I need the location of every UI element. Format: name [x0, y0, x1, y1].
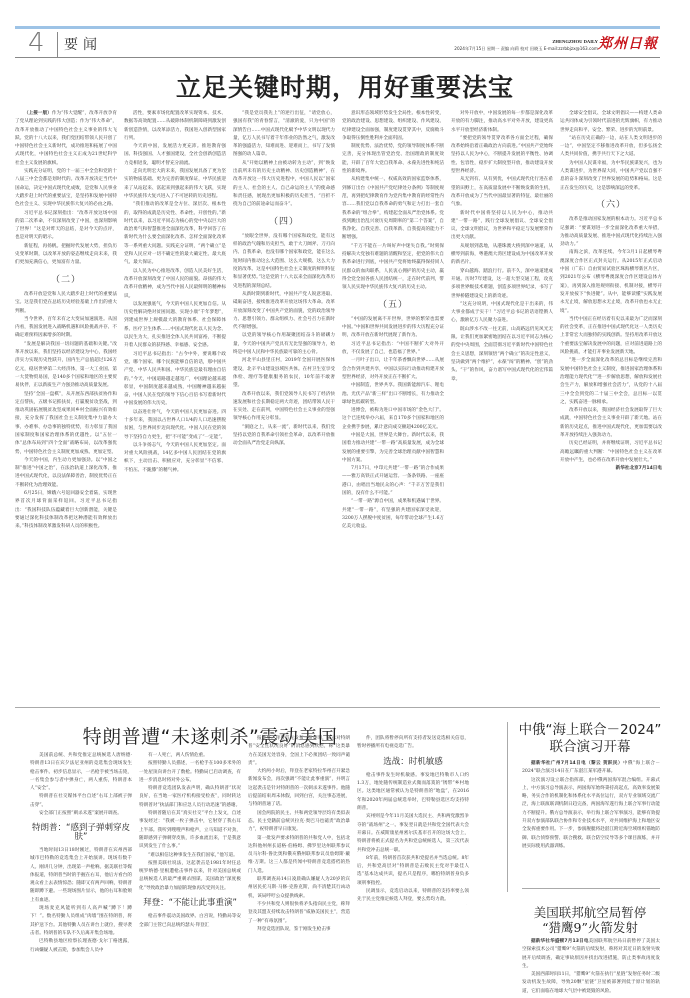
date-line: 2024年7月15日 星期一 责编 向莉 校对 田晓玉 E-mail:zzrbb… — [454, 46, 598, 52]
paragraph-text: 7月17日，中印元共建“一带一路”的合作成果——雅万高铁正式开通运营。一条条铁路… — [342, 466, 444, 496]
paragraph: 进博会，被称为进口中国市场的“金色大门”。这个已连续举办六届，来自170多个国家… — [342, 407, 444, 432]
paragraph: 国会两院的民主、共和两党领导层均有类似表态。民主党籍前总统贝拉克·奥巴马也谴责“… — [248, 810, 350, 835]
paragraph-text: 习近平总书记指出：“古今中外，要说哪个政党、哪个国家、哪个民族能够自信的话，那中… — [124, 352, 226, 407]
paragraph: 为中国人民谋幸福，为中华民族谋复兴，也为人类谋进步，为世界谋大同，中国共产党以自… — [560, 160, 662, 193]
article-column: 全球安全倡议、全球文明倡议——构建人类命运共同体成为引领时代前进的光辉旗帜，有力… — [560, 110, 662, 693]
paragraph-text: 从无到有、从有到优，中国式现代化行进在希望的田野上，在高质量发展中不断焕发新的生… — [451, 177, 553, 207]
paragraph: 当地时间13日18时刚过，特朗普在宾州西部城市巴特勒的竞选集会上开始演讲。现场有… — [30, 847, 132, 905]
paragraph-text: 以奋进壮骨气，今天的中国人民更加奋进。四十多年来，我国以占世界人口1/4的人口迅… — [124, 410, 226, 440]
paragraph-text: 活性，要素市场化配置改革实现资本、技术、数据等高效配置……从破除体制机制障碍到激… — [124, 111, 226, 141]
paragraph: 美国西部时间11日，“猎鹰9”火箭在执行“星链”发射任务时二级发动机发生故障，导… — [522, 971, 660, 994]
paragraph: “我是党员我先上”的逆行出征，“请党放心，强国有我”的青春誓言，“清澈的爱，只为… — [233, 110, 335, 160]
paragraph-text: “洞庭之上，从来一流”，新时代以来，我们党坚持以党的自我革命引领社会革命，以改革… — [233, 425, 335, 447]
paragraph-text: 6月25日，嫦娥六号返回器安全着陆，实现世界首次月球背面采样返回。习近平总书记指… — [15, 491, 117, 529]
paragraph: 不少共和党人则很快将矛头指向民主党，称拜登及其盟友持续攻击特朗普“威胁美国民主”… — [248, 901, 350, 926]
paragraph-text: 改革是推动国家发展的根本动力。习近平总书记强调：“要谋划进一步全面深化改革重大举… — [560, 217, 662, 247]
paragraph: 今天的中国，发展活力更充沛。推进教育强国、科技强国、人才强国建设，全社会创新创造… — [124, 143, 226, 168]
paragraph: 从规划到落地，从港珠澳大桥到深中通道，从横琴到前海，粤港澳大湾区建设成为中国改革… — [451, 243, 553, 268]
paragraph-text: “发展是解决我国一切问题的基础和关键。”改革开放以来，我们坚持以经济建设为中心，… — [15, 342, 117, 388]
paragraph-text: 以发展强底气，今天的中国人民更加自信。从历史性解决绝对贫困问题、实现小康“千年梦… — [124, 302, 226, 348]
paragraph-text: 习近平总书记深刻指出：“改革开放这场中国的第二次革命，不仅深刻改变了中国，也深刻… — [15, 211, 117, 241]
paragraph-text: 中国制造，世界共享。我国新能源汽车、锂电池、光伏产品“新三样”出口不断增长，有力… — [342, 383, 444, 405]
byline: 新华社北京7月14日电 — [560, 465, 662, 473]
paragraph: “洞庭之上，从来一流”，新时代以来，我们党坚持以党的自我革命引领社会革命，以改革… — [233, 424, 335, 449]
sino-russia-headline-line2: 联合演习开幕 — [514, 739, 666, 756]
article-column: 美国前总统、共和党推定总统候选人唐纳德·特朗普13日在宾夕法尼亚州的竞选集会现场… — [30, 752, 132, 996]
paragraph: 从“开始以精神上由被动转为主动”，到“焕发出前所未有的历史主动精神、历史创造精神… — [233, 160, 335, 210]
paragraph: “站在历史正确的一边，站在人类文明进步的一边”，中国坚定不移推进改革开放，但多弘… — [560, 135, 662, 160]
paragraph-text: 南海之滨，改革连续。今年3月1日起横琴粤澳深度合作区正式封关运行。从2015年正… — [560, 250, 662, 313]
paragraph-text: 对外开放中，中国发展的每一步都是深化改革开放的有力脚注，推动高水平对外开放，建设… — [451, 111, 553, 133]
paragraph: 实践充分证明，党的十一届三中全会和党的十八届三中全会都是划时代的。改革开放决定当… — [15, 168, 117, 209]
paragraph: 中国制造，世界共享。我国新能源汽车、锂电池、光伏产品“新三样”出口不断增长，有力… — [342, 382, 444, 407]
section-heading: （二） — [15, 276, 117, 284]
paragraph: 从构建集中统一、权威高效的国家监察体系，到修订出台《中国共产党纪律处分条例》等制… — [342, 176, 444, 242]
subheading: 拜登：“不能让此事重演” — [139, 899, 241, 907]
paragraph-text: “这充分说明，中国式现代化是干出来的，伟大事业都成于实干！”习近平总书记的话语铿… — [451, 302, 553, 324]
paragraph: 意识形态领域形势发生全局性、根本性转变，党的政治建设、思想建设、组织建设、作风建… — [342, 110, 444, 143]
paragraph-text: “千万不能在一片叫好声中迷失自我。”时刻保持解决大党独有难题的清醒和坚定，把党的… — [342, 244, 444, 290]
paragraph: “这充分说明，中国式现代化是干出来的，伟大事业都成于实干！”习近平总书记的话语铿… — [451, 301, 553, 326]
paragraph-text: “进一步全面深化改革的总目标是继续完善和发展中国特色社会主义制度，推进国家治理体… — [560, 358, 662, 404]
header-divider — [57, 32, 58, 58]
paragraph-text: 习近平总书记指出：“中国不断扩大对外开放，不仅发展了自己，也造福了世界。” — [342, 342, 444, 355]
column-divider — [507, 722, 508, 892]
paragraph: 以党的领导核心作用凝聚团结奋斗的磅礴力量，今天的中国共产党具有无比坚强的领导力，… — [233, 332, 335, 357]
article-column: 活性，要素市场化配置改革实现资本、技术、数据等高效配置……从破除体制机制障碍到激… — [124, 110, 226, 693]
paragraph: 当今世界，百年未有之大变局加速演进。从国内看，我国发展进入战略机遇和风险挑战并存… — [15, 316, 117, 341]
paragraph: 从无到有、从有到优，中国式现代化行进在希望的田野上，在高质量发展中不断焕发新的生… — [451, 176, 553, 209]
page-number: 4 — [28, 29, 45, 58]
paragraph-text: 当今世界，百年未有之大变局加速演进。从国内看，我国发展进入战略机遇和风险挑战并存… — [15, 317, 117, 339]
paragraph: 特朗普在社交媒体平台自述“右耳上部被子弹击穿”。 — [30, 793, 132, 810]
paragraph: 巴特勒县地区检察长理查德·戈尔丁格透露，行凶嫌疑人被击毙，参加集会人员中 — [30, 938, 132, 955]
paragraph: 这次演习设立联合指挥部，由中俄两国海军混合编组。开幕式上，中方演习总导演表示，两… — [522, 777, 660, 852]
paragraph: “中国的发展离不开世界，世界的繁荣也需要中国。”中国和世界共同发展进步的伟大历程… — [342, 316, 444, 341]
paragraph-text: 从规划到落地，从港珠澳大桥到深中通道，从横琴到前海，粤港澳大湾区建设成为中国改革… — [451, 244, 553, 266]
paragraph: 对外开放中，中国发展的每一步都是深化改革开放的有力脚注，推动高水平对外开放，建设… — [451, 110, 553, 135]
article-column: “我是党员我先上”的逆行出征，“请党放心，强国有我”的青春誓言，“清澈的爱，只为… — [233, 110, 335, 693]
paragraph: 特朗普随后在其“真实社交”平台上发文，自述事发经过：“我被一枚子弹击中，它射穿了… — [139, 810, 241, 851]
sidebar-divider — [522, 888, 660, 889]
paragraph-text: 河北平山县里庄村，2019年全国开展医保体建设，北辛平山建设县域医共体。在村卫生… — [233, 358, 335, 388]
paragraph: 活性，要素市场化配置改革实现资本、技术、数据等高效配置……从破除体制机制障碍到激… — [124, 110, 226, 143]
paragraph-text: 走向光明宏大的未来，我国发展具备了更为坚实的物质基础、更为完善的制度保证，中华民… — [124, 169, 226, 199]
paragraph: 以斗争扬志气，今天的中国人民更加坚定。面对重大风险挑战，14亿多中国人民团结在党… — [124, 442, 226, 475]
paragraph: 以发展强底气，今天的中国人民更加自信。从历史性解决绝对贫困问题、实现小康“千年梦… — [124, 301, 226, 351]
paragraph: 走向光明宏大的未来，我国发展具备了更为坚实的物质基础、更为完善的制度保证，中华民… — [124, 168, 226, 201]
paragraph-text: 全球安全倡议、全球文明倡议——构建人类命运共同体成为引领时代前进的光辉旗帜，有力… — [560, 111, 662, 133]
paragraph: 8年前，特朗普首次获共和党提名并当选总统。8年后，共和党高层对“特朗普是击败民主… — [357, 855, 469, 888]
paragraph: 件，团队将暂停向所有支持者发送竞选相关信息，暂时停播所有电视竞选广告。 — [357, 735, 469, 752]
paragraph: 大约两小时后，拜登在老家特拉华州召开紧急新闻发布会，再次强调“不能让此事重演”，… — [248, 768, 350, 809]
paragraph: “要把党的领导贯穿改革各方面全过程，确保改革始终沿着正确政治方向前进。”中国共产… — [451, 135, 553, 176]
section-heading: （五） — [342, 301, 444, 309]
paragraph: （上接一版）作为“伟大觉醒”，改革开放孕育了党从理论到实践的伟大创造；作为“伟大… — [15, 110, 117, 168]
paragraph: 全球安全倡议、全球文明倡议——构建人类命运共同体成为引领时代前进的光辉旗帜，有力… — [560, 110, 662, 135]
paragraph: 改革开放以来，我们党领导人民书写了经济快速发展和社会长期稳定两大奇迹，团结带领人… — [233, 391, 335, 424]
paragraph: 改革是推动国家发展的根本动力。习近平总书记强调：“要谋划进一步全面深化改革重大举… — [560, 216, 662, 249]
paragraph: 当代中国正在经历着有史以来最为广泛而深刻的社会变革，正在推进中国式现代化这一人类… — [560, 316, 662, 357]
paragraph-text: 中国是大国，世界是大舞台。新时代以来，我国着力推动共建“一带一路”高质量发展，成… — [342, 433, 444, 463]
paragraph-text: “一带一路”源自中国，成果和机遇属于世界。共建“一带一路”，有坚强的共建国家深受… — [342, 499, 444, 529]
article-column: 报此事。拜登首先发布一份声明，表示对特朗普“安全且状况良好”的消息感到欣慰，称“… — [248, 735, 350, 996]
paragraph: 民调显示，竞选启动以来，特朗普的支持率要么领先于民主党推定候选人拜登，要么势均力… — [357, 888, 469, 905]
sino-russia-body: 据新华社广州7月14日电（黎云 贺跃民）中俄“海上联合－2024”联合演习14日… — [522, 760, 660, 880]
paragraph: 制度优势、法治优势，党的领导制度体系不断完善，充分体现出管党治党、治国理政的制度… — [342, 143, 444, 176]
paragraph-text: 实践充分证明，党的十一届三中全会和党的十八届三中全会都是划时代的。改革开放决定当… — [15, 169, 117, 207]
paragraph-text: 从构建集中统一、权威高效的国家监察体系，到修订出台《中国共产党纪律处分条例》等制… — [342, 177, 444, 240]
paragraph: “发展是解决我国一切问题的基础和关键。”改革开放以来，我们坚持以经济建设为中心，… — [15, 341, 117, 391]
paragraph: “放眼全世界，没有哪个国家和政党，能有这样的政治气魄和历史担当，敢于大刀阔斧、刀… — [233, 233, 335, 291]
paragraph: “难以相信这种事发生在我们国家，”他写道。 — [139, 852, 241, 860]
paragraph-text: 改革开放以来，我国经济社会发展取得了巨大成就，中国特色社会主义事业开辟了新天地。… — [560, 408, 662, 438]
paragraph: 穿山越海、踏浪行行。前不久，深中通道建成开通。历时7年建设，这一超大型交通工程，… — [451, 268, 553, 301]
paragraph: “我们推动的改革是全方位、深层次、根本性的，取得的成就是历史性、革命性、开创性的… — [124, 201, 226, 267]
paragraph-text: 既山涉水不改一往无前，山高路远仍见风光无限。让我们更加紧密地团结在以习近平同志为… — [451, 327, 553, 382]
article-column: 件，团队将暂停向所有支持者发送竞选相关信息，暂时停播所有电视竞选广告。选战：时机… — [357, 735, 469, 905]
paragraph: 第一批发声要求特朗普的共和党人中，包括北达科他州州长道格·伯格姆、佛罗里达州联邦… — [248, 835, 350, 876]
paragraph-text: 以党的领导核心作用凝聚团结奋斗的磅礴力量，今天的中国共产党具有无比坚强的领导力，… — [233, 333, 335, 355]
section-heading: （六） — [560, 201, 662, 209]
paragraph: 按照特勤人员描述，一名枪手在100多米外的一处屋顶向讲台开了数枪。特勤局已启动调… — [139, 760, 241, 785]
subheading: 选战：时机敏感 — [357, 758, 469, 766]
paper-name-en: ZHENGZHOU DAILY — [552, 39, 598, 44]
paragraph: 6月25日，嫦娥六号返回器安全着陆，实现世界首次月球背面采样返回。习近平总书记指… — [15, 490, 117, 531]
paragraph: 报此事。拜登首先发布一份声明，表示对特朗普“安全且状况良好”的消息感到欣慰，称“… — [248, 735, 350, 768]
paragraph: “进一步全面深化改革的总目标是继续完善和发展中国特色社会主义制度，推进国家治理体… — [560, 357, 662, 407]
falcon-body: 据新华社华盛顿7月13日电美国联邦航空局日前暂停了美国太空探索技术公司“猎鹰9”… — [522, 938, 660, 994]
main-headline: 立足关键时期，用好重要法宝 — [0, 68, 690, 104]
paragraph: 南海之滨，改革连续。今年3月1日起横琴粤澳深度合作区正式封关运行。从2015年正… — [560, 249, 662, 315]
sino-russia-headline: 中俄“海上联合－2024” 联合演习开幕 — [514, 722, 666, 756]
paragraph-text: 新征程，再扬帆。把握时代发展大势，担负历史变革时期，以改革开放的姿态继续走向未来… — [15, 244, 117, 266]
paragraph: 今天的中国，内生动力更加强劲。以“中国之制”推进“中国之治”，在法治轨道上深化改… — [15, 457, 117, 490]
paragraph: 宾州则是今年11月美国大选民主、共和两党激烈争夺的“战场州”之一。事发翌日就是共… — [357, 813, 469, 854]
falcon-headline-line1: 美国联邦航空局暂停 — [514, 905, 666, 920]
paragraph: 枪击事件发生时机敏感。事发地巴特勒市人口约1.3万，地处随传统制造业式微而落寞的… — [357, 772, 469, 813]
paragraph-text: 作为“伟大觉醒”，改革开放孕育了党从理论到实践的伟大创造；作为“伟大革命”，改革… — [15, 111, 117, 166]
paragraph-text: 从“开始以精神上由被动转为主动”，到“焕发出前所未有的历史主动精神、历史创造精神… — [233, 161, 335, 207]
paragraph: 7月17日，中印元共建“一带一路”的合作成果——雅万高铁正式开通运营。一条条铁路… — [342, 465, 444, 498]
paragraph: 以人民为中心推进改革，创造人民美好生活，改革开放深刻改变了中国人民的面貌。昂扬的… — [124, 268, 226, 301]
paragraph: 拜登竞选团队说，鉴于刚发生枪击事 — [248, 926, 350, 934]
paragraph-text: 坚持“全国一盘棋”，从开展东西部扶贫协作和定点帮扶，五级书记抓扶贫，打赢脱贫攻坚… — [15, 392, 117, 455]
paragraph: 联邦调查局14日凌晨确认嫌疑人为20岁的宾州居民托马斯·马修·克鲁克斯，尚不清楚… — [248, 876, 350, 901]
article-column: 意识形态领域形势发生全局性、根本性转变，党的政治建设、思想建设、组织建设、作风建… — [342, 110, 444, 693]
paragraph: 现场麦克风能听到有人高声喊“蹲下！蹲下！”。数名特勤人员组成“肉墙”围在特朗普，… — [30, 905, 132, 938]
paragraph: 一月叶子出口，让千年茶香飘向世界……从展会合作到共建共享，中国以实际行动推动构建… — [342, 357, 444, 382]
article-column: （上接一版）作为“伟大觉醒”，改革开放孕育了党从理论到实践的伟大创造；作为“伟大… — [15, 110, 117, 693]
paragraph: 坚持“全国一盘棋”，从开展东西部扶贫协作和定点帮扶，五级书记抓扶贫，打赢脱贫攻坚… — [15, 391, 117, 457]
paragraph-text: 制度优势、法治优势，党的领导制度体系不断完善，充分体现出管党治党、治国理政的制度… — [342, 144, 444, 174]
section-divider — [15, 707, 660, 708]
paragraph-text: “要把党的领导贯穿改革各方面全过程，确保改革始终沿着正确政治方向前进。”中国共产… — [451, 136, 553, 174]
paragraph-text: 以人民为中心推进改革，创造人民美好生活，改革开放深刻改变了中国人民的面貌。昂扬的… — [124, 269, 226, 299]
paragraph-text: 意识形态领域形势发生全局性、根本性转变，党的政治建设、思想建设、组织建设、作风建… — [342, 111, 444, 141]
paragraph: 枪击事件震动美国政界。白宫说，特勤局等安全部门主管已向总统约瑟夫·拜登汇 — [139, 913, 241, 930]
paragraph-text: 今天的中国，发展活力更充沛。推进教育强国、科技强国、人才强国建设，全社会创新创造… — [124, 144, 226, 166]
paragraph: 习近平总书记指出：“中国不断扩大对外开放，不仅发展了自己，也造福了世界。” — [342, 341, 444, 358]
section-heading: （四） — [233, 218, 335, 226]
paragraph: 改革开放是党和人民大踏步赶上时代的重要法宝。这是我们党在总结历史经验基础上作出的… — [15, 291, 117, 316]
subheading: 特朗普：“感到子弹刺穿皮肤” — [30, 824, 132, 841]
paragraph-text: “站在历史正确的一边，站在人类文明进步的一边”，中国坚定不移推进改革开放，但多弘… — [560, 136, 662, 158]
paragraph: 从新时期到新时代，中国共产党人锐意进取、砥砺奋进，接续推进改革开放这场伟大革命。… — [233, 291, 335, 332]
paragraph: “千万不能在一片叫好声中迷失自我。”时刻保持解决大党独有难题的清醒和坚定，把党的… — [342, 243, 444, 293]
paragraph: 美国前总统、共和党推定总统候选人唐纳德·特朗普13日在宾夕法尼亚州的竞选集会现场… — [30, 752, 132, 793]
paragraph: 有一人死亡，两人伤情危重。 — [139, 752, 241, 760]
paragraph: 新征程，再扬帆。把握时代发展大势，担负历史变革时期，以改革开放的姿态继续走向未来… — [15, 243, 117, 268]
paragraph: “一带一路”源自中国，成果和机遇属于世界。共建“一带一路”，有坚强的共建国家深受… — [342, 498, 444, 531]
paragraph: 以奋进壮骨气，今天的中国人民更加奋进。四十多年来，我国以占世界人口1/4的人口迅… — [124, 409, 226, 442]
paragraph-text: 从新时期到新时代，中国共产党人锐意进取、砥砺奋进，接续推进改革开放这场伟大革命。… — [233, 292, 335, 330]
main-article-body: （上接一版）作为“伟大觉醒”，改革开放孕育了党从理论到实践的伟大创造；作为“伟大… — [15, 110, 660, 693]
paragraph: 中国是大国，世界是大舞台。新时代以来，我国着力推动共建“一带一路”高质量发展，成… — [342, 432, 444, 465]
paragraph: 特朗普竞选团队发表声明，确认特朗普“状况良好，在当地一家医疗机构接受检查”，同时… — [139, 785, 241, 810]
paragraph: 既山涉水不改一往无前，山高路远仍见风光无限。让我们更加紧密地团结在以习近平同志为… — [451, 326, 553, 384]
dateline: 据新华社广州7月14日电（黎云 贺跃民） — [531, 761, 623, 766]
paragraph: 习近平总书记指出：“古今中外，要说哪个政党、哪个国家、哪个民族能够自信的话，那中… — [124, 351, 226, 409]
paragraph-text: “中国的发展离不开世界，世界的繁荣也需要中国。”中国和世界共同发展进步的伟大历程… — [342, 317, 444, 339]
paragraph-text: “我们推动的改革是全方位、深层次、根本性的，取得的成就是历史性、革命性、开创性的… — [124, 202, 226, 265]
continued-from-label: （上接一版） — [24, 111, 52, 116]
paragraph-text: 改革开放是党和人民大踏步赶上时代的重要法宝。这是我们党在总结历史经验基础上作出的… — [15, 292, 117, 314]
paragraph-text: 穿山越海、踏浪行行。前不久，深中通道建成开通。历时7年建设，这一超大型交通工程，… — [451, 269, 553, 299]
dateline: 据新华社华盛顿7月13日电 — [531, 939, 589, 944]
page-header: 4 要闻 ZHENGZHOU DAILY 2024年7月15日 星期一 责编 向… — [15, 29, 660, 58]
paragraph-text: 进博会，被称为进口中国市场的“金色大门”。这个已连续举办六届，来自170多个国家… — [342, 408, 444, 430]
paragraph-text: 历史已经证明，并将继续证明，习近平总书记高瞻远瞩的重大判断：“中国特色社会主义在… — [560, 441, 662, 463]
paragraph-text: 当代中国正在经历着有史以来最为广泛而深刻的社会变革，正在推进中国式现代化这一人类… — [560, 317, 662, 355]
paragraph-text: 以斗争扬志气，今天的中国人民更加坚定。面对重大风险挑战，14亿多中国人民团结在党… — [124, 443, 226, 473]
paragraph-text: 改革开放以来，我们党领导人民书写了经济快速发展和社会长期稳定两大奇迹，团结带领人… — [233, 392, 335, 422]
paragraph: 按照美联社说法，这起袭击是1981年时任总统罗纳德·里根遭枪击事件以来，针对美国… — [139, 860, 241, 893]
sino-russia-headline-line1: 中俄“海上联合－2024” — [514, 722, 666, 739]
paragraph-text: 为中国人民谋幸福，为中华民族谋复兴，也为人类谋进步，为世界谋大同，中国共产党以自… — [560, 161, 662, 191]
paragraph: 改革开放以来，我国经济社会发展取得了巨大成就，中国特色社会主义事业开辟了新天地。… — [560, 407, 662, 440]
paragraph: 历史已经证明，并将继续证明，习近平总书记高瞻远瞩的重大判断：“中国特色社会主义在… — [560, 440, 662, 465]
paragraph: 新时代中国将坚持以人民为中心，推动共建“一带一路”，践行全球发展倡议、全球安全倡… — [451, 210, 553, 243]
article-column: 对外开放中，中国发展的每一步都是深化改革开放的有力脚注，推动高水平对外开放，建设… — [451, 110, 553, 693]
falcon-headline: 美国联邦航空局暂停 “猎鹰9”火箭发射 — [514, 905, 666, 935]
falcon-headline-line2: “猎鹰9”火箭发射 — [514, 920, 666, 935]
paragraph-text: 新时代中国将坚持以人民为中心，推动共建“一带一路”，践行全球发展倡议、全球安全倡… — [451, 211, 553, 241]
paragraph: 安全部门正按照“刺杀未遂”案展开调查。 — [30, 810, 132, 818]
section-name: 要闻 — [64, 34, 102, 56]
paragraph-text: “放眼全世界，没有哪个国家和政党，能有这样的政治气魄和历史担当，敢于大刀阔斧、刀… — [233, 234, 335, 289]
article-column: 有一人死亡，两人伤情危重。按照特勤人员描述，一名枪手在100多米外的一处屋顶向讲… — [139, 752, 241, 996]
paragraph-text: 今天的中国，内生动力更加强劲。以“中国之制”推进“中国之治”，在法治轨道上深化改… — [15, 458, 117, 488]
newspaper-logo: 郑州日報 — [598, 33, 658, 53]
paragraph-text: “我是党员我先上”的逆行出征，“请党放心，强国有我”的青春誓言，“清澈的爱，只为… — [233, 111, 335, 157]
paragraph-text: 一月叶子出口，让千年茶香飘向世界……从展会合作到共建共享，中国以实际行动推动构建… — [342, 358, 444, 380]
paragraph: 习近平总书记深刻指出：“改革开放这场中国的第二次革命，不仅深刻改变了中国，也深刻… — [15, 210, 117, 243]
paragraph: 河北平山县里庄村，2019年全国开展医保体建设，北辛平山建设县域医共体。在村卫生… — [233, 357, 335, 390]
